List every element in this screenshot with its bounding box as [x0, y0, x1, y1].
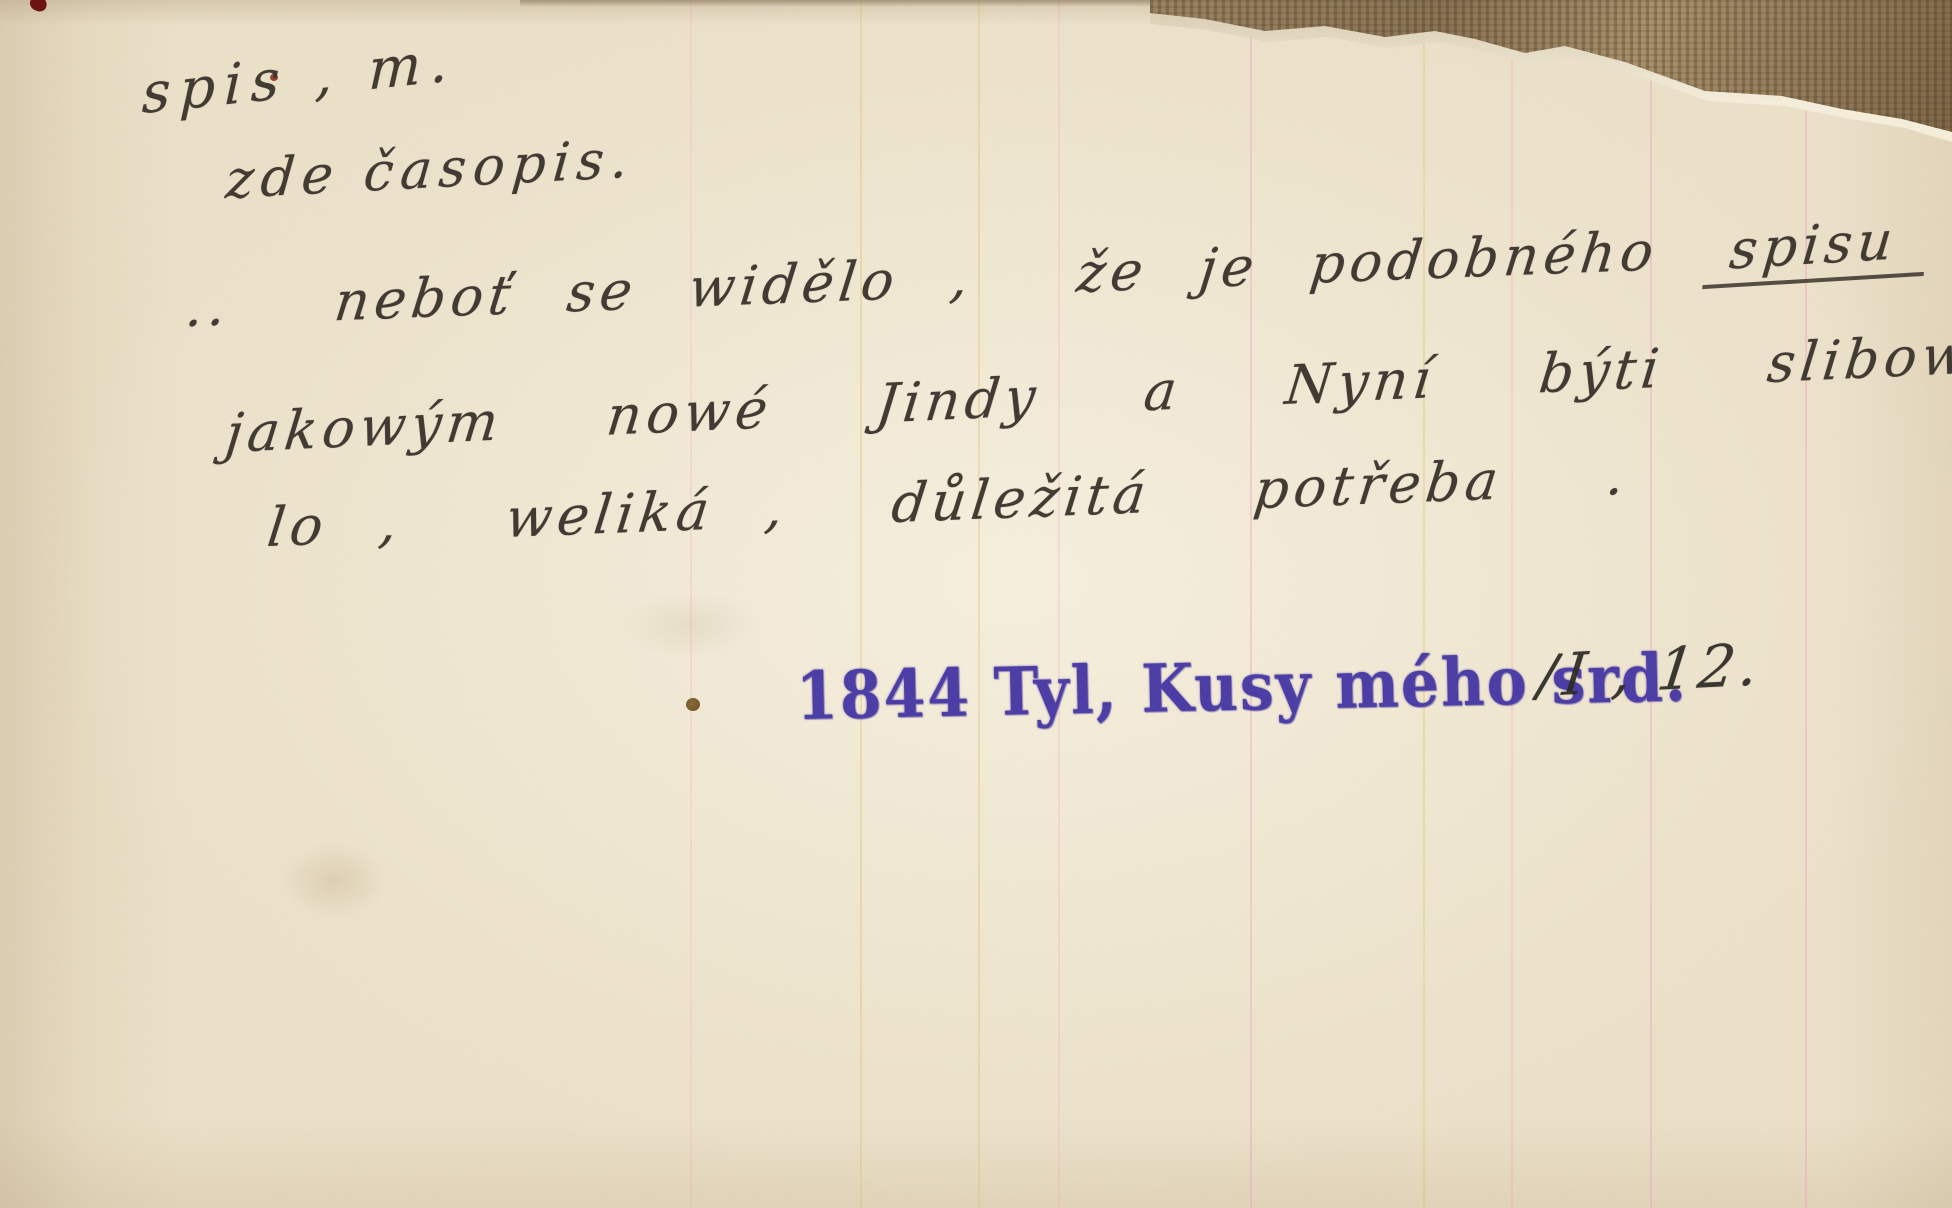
citation-value: I , 12.: [1559, 630, 1766, 709]
paper-top-shadow: [520, 0, 1220, 7]
headword-text: spis , m.: [141, 29, 458, 128]
scanned-paper-slip: spis , m. zde časopis. .. neboť se widěl…: [0, 0, 1952, 1208]
ruled-line: [860, 0, 862, 1208]
citation-mark: /I , 12.: [1534, 630, 1766, 710]
paper-stain: [280, 840, 390, 920]
paper-speck: [686, 698, 700, 711]
paper-stain: [620, 590, 760, 660]
excerpt-line-1: .. neboť se widělo , že je podobného spi…: [182, 206, 1952, 345]
excerpt-line-1-before: .. neboť se widělo , že je podobného: [183, 217, 1714, 339]
ruled-line: [978, 0, 980, 1208]
ink-speck: [28, 0, 50, 14]
excerpt-line-2: jakowým nowé Jindy a Nyní býti slibowa-: [222, 320, 1952, 465]
ruled-line: [1650, 0, 1652, 1208]
ruled-line: [1805, 0, 1807, 1208]
ruled-line: [1250, 0, 1252, 1208]
torn-corner: [1150, 0, 1952, 140]
ruled-line: [1058, 0, 1060, 1208]
ruled-line: [1423, 0, 1425, 1208]
excerpt-line-3: lo , weliká , důležitá potřeba .: [264, 444, 1633, 560]
gloss-text: zde časopis.: [223, 128, 637, 211]
ruled-line: [1511, 0, 1513, 1208]
underlined-word: spisu: [1702, 207, 1930, 289]
